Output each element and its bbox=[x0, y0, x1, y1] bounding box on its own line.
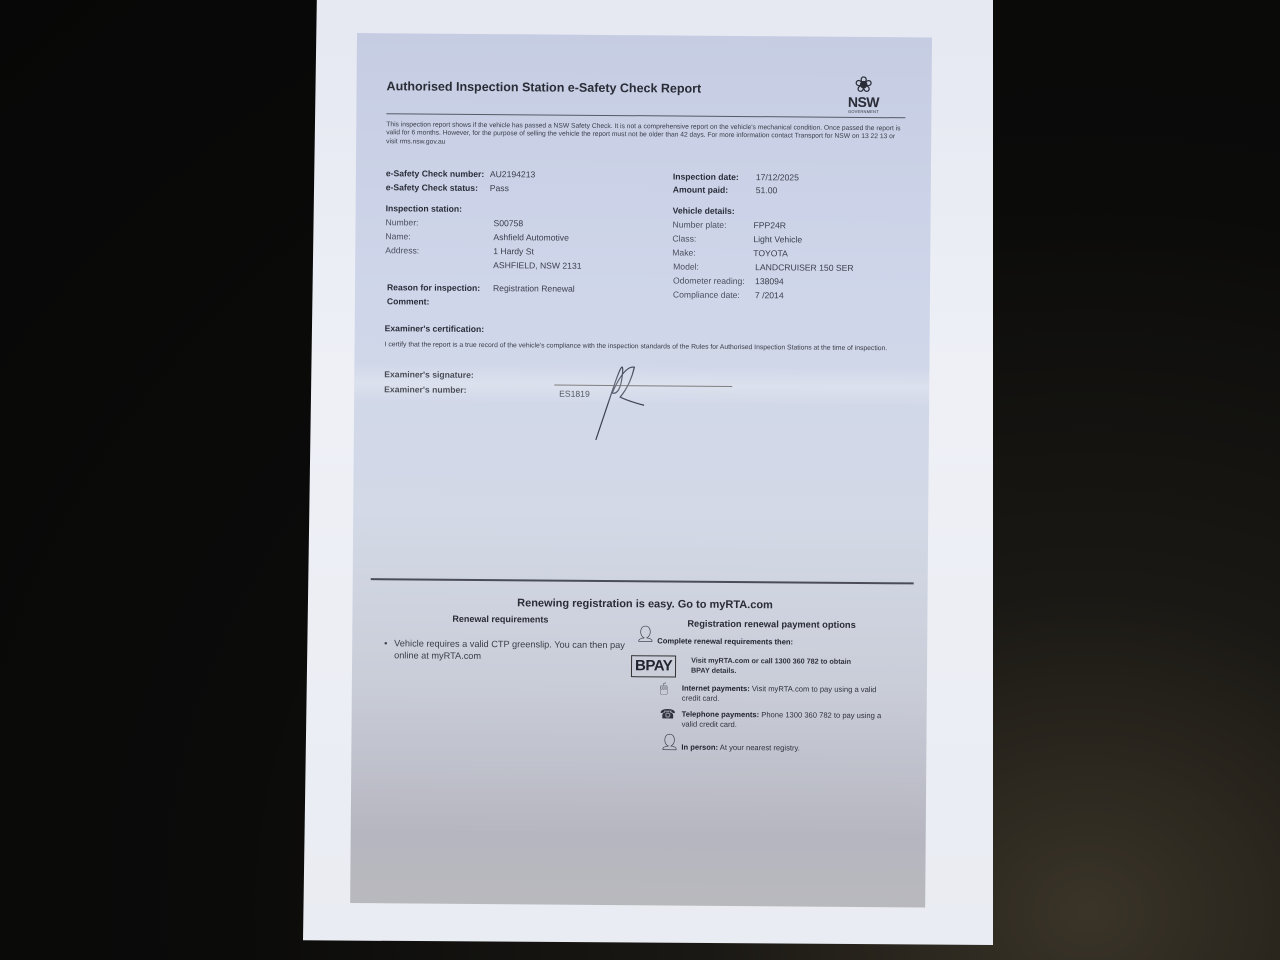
payment-option-internet: 🖱︎ Internet payments: Visit myRTA.com to… bbox=[682, 684, 882, 706]
reason: Registration Renewal bbox=[493, 283, 575, 294]
check-number-label: e-Safety Check number: bbox=[386, 168, 484, 179]
mouse-icon: 🖱︎ bbox=[660, 683, 668, 693]
odometer-label: Odometer reading: bbox=[673, 275, 745, 286]
bullet-icon: • bbox=[384, 637, 387, 649]
payment-option-complete: 👤︎ Complete renewal requirements then: bbox=[657, 636, 897, 648]
examiner-number: ES1819 bbox=[559, 389, 590, 399]
telephone-icon: ☎ bbox=[660, 709, 676, 719]
station-name-label: Name: bbox=[385, 231, 410, 241]
payment-options-heading: Registration renewal payment options bbox=[687, 619, 855, 630]
inspection-date-label: Inspection date: bbox=[673, 171, 739, 182]
vehicle-class: Light Vehicle bbox=[753, 234, 802, 244]
printed-report: Authorised Inspection Station e-Safety C… bbox=[350, 33, 932, 907]
waratah-icon: ❀ bbox=[842, 75, 886, 95]
plate-label: Number plate: bbox=[672, 219, 726, 229]
inspection-date: 17/12/2025 bbox=[756, 172, 799, 182]
model: LANDCRUISER 150 SER bbox=[755, 262, 853, 273]
station-heading: Inspection station: bbox=[386, 203, 462, 214]
report-title: Authorised Inspection Station e-Safety C… bbox=[387, 79, 702, 95]
examiner-signature bbox=[584, 345, 655, 446]
section-divider bbox=[371, 578, 914, 584]
amount-paid-label: Amount paid: bbox=[673, 184, 728, 194]
renewal-requirements-heading: Renewal requirements bbox=[452, 614, 548, 625]
make-label: Make: bbox=[672, 247, 695, 257]
station-address-line2: ASHFIELD, NSW 2131 bbox=[493, 260, 581, 271]
compliance-label: Compliance date: bbox=[673, 289, 740, 300]
amount-paid: 51.00 bbox=[756, 185, 778, 195]
signature-label: Examiner's signature: bbox=[384, 369, 474, 380]
station-name: Ashfield Automotive bbox=[493, 232, 569, 243]
certification-heading: Examiner's certification: bbox=[385, 323, 485, 334]
station-address-label: Address: bbox=[385, 245, 419, 255]
station-number-label: Number: bbox=[385, 217, 418, 227]
reason-label: Reason for inspection: bbox=[387, 282, 480, 293]
payment-option-phone: ☎ Telephone payments: Phone 1300 360 782… bbox=[682, 710, 882, 732]
signature-line bbox=[554, 385, 732, 387]
check-status: Pass bbox=[490, 183, 509, 193]
header-divider bbox=[386, 113, 905, 118]
payment-option-in-person: 👤︎ In person: At your nearest registry. bbox=[681, 743, 881, 755]
odometer: 138094 bbox=[755, 276, 784, 286]
compliance-date: 7 /2014 bbox=[755, 290, 784, 300]
plate: FPP24R bbox=[753, 220, 786, 230]
person-icon: 👤︎ bbox=[659, 738, 679, 748]
comment-label: Comment: bbox=[387, 296, 430, 306]
check-status-label: e-Safety Check status: bbox=[386, 182, 478, 193]
model-label: Model: bbox=[673, 261, 699, 271]
renewal-title: Renewing registration is easy. Go to myR… bbox=[382, 596, 907, 612]
examiner-number-label: Examiner's number: bbox=[384, 384, 466, 395]
bpay-logo: BPAY bbox=[631, 655, 676, 677]
intro-text: This inspection report shows if the vehi… bbox=[386, 121, 903, 150]
nsw-government-logo: ❀ NSW GOVERNMENT bbox=[841, 75, 885, 114]
person-icon: 👤︎ bbox=[635, 630, 655, 640]
requirement-item: • Vehicle requires a valid CTP greenslip… bbox=[394, 637, 644, 663]
station-address-line1: 1 Hardy St bbox=[493, 246, 534, 256]
vehicle-heading: Vehicle details: bbox=[673, 205, 735, 215]
make: TOYOTA bbox=[753, 248, 788, 258]
class-label: Class: bbox=[672, 233, 696, 243]
payment-option-bpay: BPAY Visit myRTA.com or call 1300 360 78… bbox=[657, 655, 897, 657]
station-number: S00758 bbox=[493, 218, 523, 228]
check-number: AU2194213 bbox=[490, 169, 535, 179]
